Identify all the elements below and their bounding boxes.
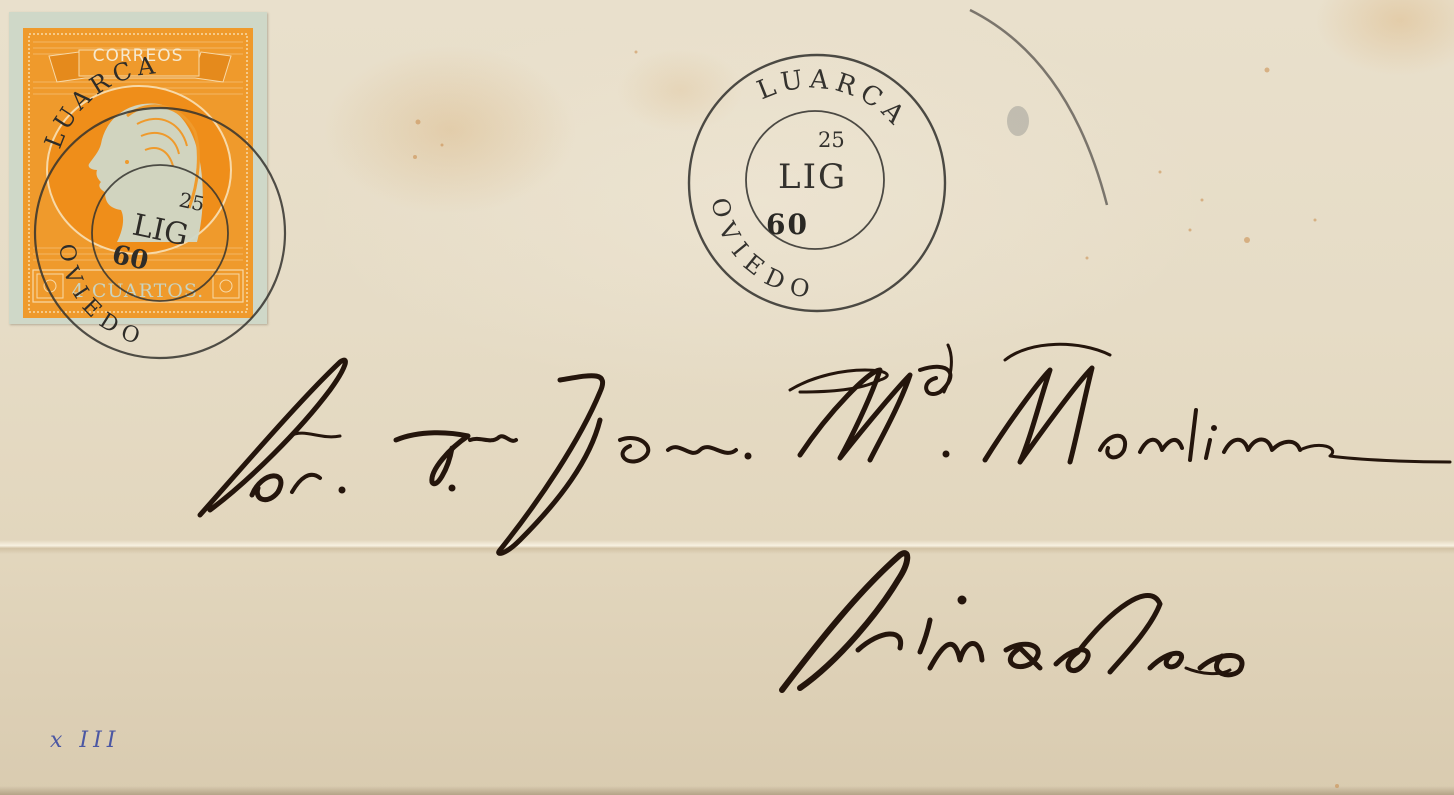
handwritten-address <box>0 0 1454 795</box>
pencil-annotation: x III <box>50 728 120 753</box>
postal-cover: CORREOS 4 CUARTOS. LUARCA OVIEDO 25 LIG … <box>0 0 1454 795</box>
